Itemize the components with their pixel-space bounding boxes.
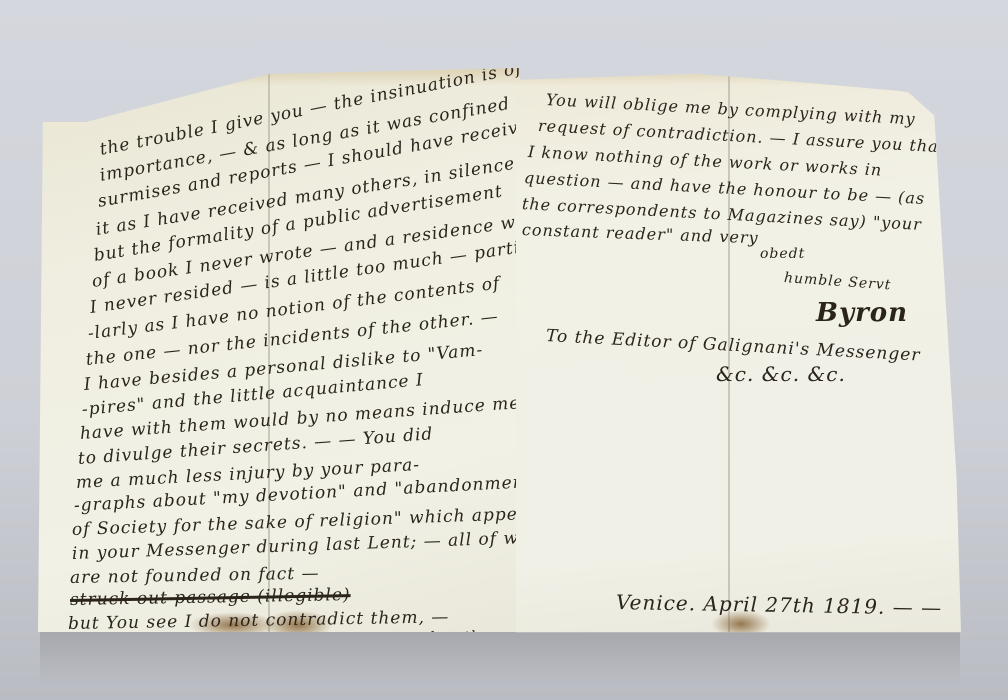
edge-stain: [886, 64, 946, 94]
letter-left-page: the trouble I give you — the insinuation…: [38, 62, 520, 662]
edge-discoloration: [516, 62, 961, 86]
closing-obedient: obedt: [760, 246, 805, 262]
closing-humble-servant: humble Servt: [783, 270, 891, 293]
table-shadow: [40, 630, 960, 685]
address-etc: &c. &c. &c.: [716, 362, 846, 386]
signature-byron: Byron: [816, 298, 908, 328]
handwriting-line: constant reader" and very: [522, 220, 759, 247]
photo: the trouble I give you — the insinuation…: [0, 0, 1008, 700]
struck-out-line: struck-out passage (illegible): [70, 585, 351, 610]
handwriting-line: are not founded on fact —: [70, 564, 320, 588]
fold-crease: [728, 62, 730, 656]
letter-right-page: You will oblige me by complying with my …: [516, 62, 961, 656]
address-line: To the Editor of Galignani's Messenger: [545, 326, 920, 366]
dateline: Venice. April 27th 1819. — —: [616, 590, 942, 620]
